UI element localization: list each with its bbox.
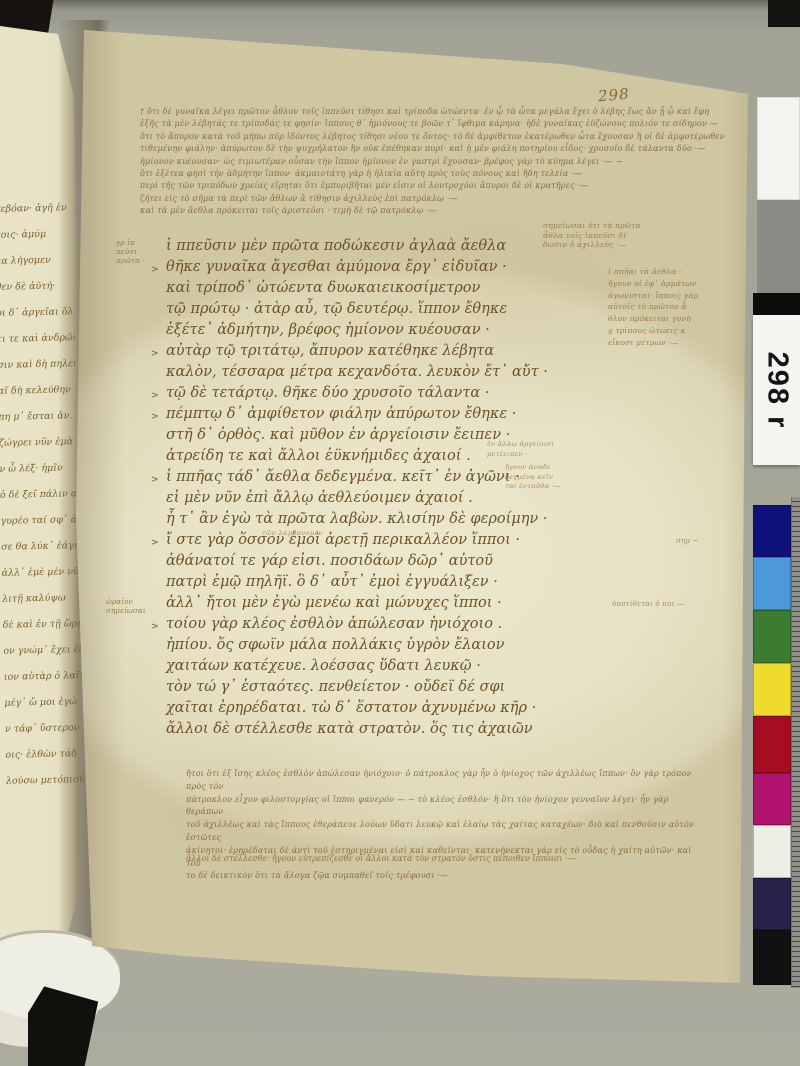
main-text-line: > πέμπτῳ δ᾽ ἀμφίθετον φιάλην ἀπύρωτον ἔθ… [166,404,564,425]
upper-right-margin-note: σημείωσαι ὅτι τὰ πρῶταἆθλα τοῖς ἱππεῦσι … [543,221,748,250]
margin-note-line: ἀγωνισταί· ἵπποις γὰρ [608,290,748,302]
main-text-line: ἄλλοι δὲ στέλλεσθε κατὰ στρατὸν. ὅς τις … [166,719,564,740]
margin-note-line: πρῶτα · [116,257,170,266]
scholia-line: καὶ τὰ μὲν ἄεθλα πρόκειται τοῖς ἀριστεῦσ… [140,205,744,217]
verse-text: τὸν τώ γ᾽ ἑσταότες. πενθείετον · οὔδεϊ δ… [166,679,505,695]
main-text-line: καλὸν, τέσσαρα μέτρα κεχανδότα. λευκὸν ἔ… [166,362,564,383]
margin-note-line: αὐτοῖς τὸ πρῶτον ἆ [608,301,748,313]
main-text-line: ἦ τ᾽ ἂν ἐγὼ τὰ πρῶτα λαβὼν. κλισίην δὲ φ… [166,509,564,530]
scholia-line: † ὅτι δὲ γυναῖκα λέγει πρῶτον ἆθλον τοῖς… [140,106,744,118]
main-text-line: ἀτρείδη τε καὶ ἄλλοι ἐϋκνήμιδες ἀχαιοί . [166,446,564,467]
main-text-line: ἀθάνατοί τε γάρ εἰσι. ποσιδάων δῶρ᾽ αὐτο… [166,551,564,572]
scholia-line: ὅτι τὸ ἄπυρον κατὰ τοῦ μήπω πῦρ ἰδόντος … [140,131,744,143]
margin-note-line: γρ ἱπ [116,239,170,248]
main-text-line: τὸν τώ γ᾽ ἑσταότες. πενθείετον · οὔδεϊ δ… [166,677,564,698]
margin-note-line: ἱ ππῆαι τὰ ἄεθλα · [608,266,748,278]
margin-note-line: ἤγουν οἱ ἐφ᾽ ἁρμάτων [608,278,748,290]
color-patch [753,505,791,557]
verse-text: στῆ δ᾽ ὀρθὸς. καὶ μῦθον ἐν ἀργείοισιν ἔε… [166,427,510,443]
diple-mark: > [151,617,159,638]
main-text-line: ἠπίου. ὅς σφωϊν μάλα πολλάκις ὑγρὸν ἔλαι… [166,635,564,656]
manuscript-photo: σεβόαν· ἀγῆ ἐνμοις· ἀμύμκα λήγομενθεν δὲ… [0,0,800,1066]
diple-mark: > [151,533,159,554]
main-text-line: > τῷ δὲ τετάρτῳ. θῆκε δύο χρυσοῖο τάλαντ… [166,383,564,404]
diple-mark: > [151,344,159,365]
mid-margin-note-d: ὑποτίθεται ὁ ποι — [612,600,720,610]
diple-mark: > [151,407,159,428]
main-text-line: > ἱ ππῆας τάδ᾽ ἄεθλα δεδεγμένα. κεῖτ᾽ ἐν… [166,467,564,488]
folio-label-text: 298 r [760,351,793,429]
verse-text: καὶ τρίποδ᾽ ὠτώεντα δυωκαιεικοσίμετρον [166,280,480,296]
verse-text: ἑξέτε᾽ ἀδμήτην, βρέφος ἡμίονον κυέουσαν … [166,322,490,338]
main-text-line: > θῆκε γυναῖκα ἄγεσθαι ἀμύμονα ἔργ᾽ εἰδυ… [166,257,564,278]
color-calibration-strip [753,505,791,985]
color-patch [753,825,791,878]
black-separator-bar [753,293,800,315]
color-patch [753,930,791,985]
verse-text: ἱ ππεῦσιν μὲν πρῶτα ποδώκεσιν ἀγλαὰ ἄεθλ… [166,238,506,254]
bottom-scholia-final-line: ἄλλοι δὲ στέλλεσθε· ἤγουν εὐτρεπίζεσθε ο… [186,854,656,863]
verse-text: ἀτρείδη τε καὶ ἄλλοι ἐϋκνήμιδες ἀχαιοί . [166,448,471,464]
scholia-line: ἑξῆς τὰ μὲν λέβητάς τε τρίποδάς τε φησίν… [140,118,744,130]
right-margin-note: ἱ ππῆαι τὰ ἄεθλα ·ἤγουν οἱ ἐφ᾽ ἁρμάτωνἀγ… [608,266,748,349]
main-text-line: > τῶν λαμβανομέν ἴ στε γὰρ ὅσσον ἐμοὶ ἀρ… [166,530,564,551]
mid-margin-note-c: σημ ~ [676,537,716,547]
verse-text: ἀθάνατοί τε γάρ εἰσι. ποσιδάων δῶρ᾽ αὐτο… [166,553,493,569]
photo-corner-black-patch [768,0,800,27]
scholia-line: ζήτει εἰς τὸ σῆμα τὰ περὶ τῶν ἄθλων ἃ τί… [140,193,744,205]
color-patch [753,773,791,825]
verse-text: τῷ δὲ τετάρτῳ. θῆκε δύο χρυσοῖο τάλαντα … [166,385,489,401]
scholia-line: το δὲ δεικτικὸν ὅτι τὰ ἄλογα ζῷα συμπαθε… [186,870,702,883]
main-text-line: χαῖται ἐρηρέδαται. τὼ δ᾽ ἕστατον ἀχνυμέν… [166,698,564,719]
margin-note-line: ϗ τρίπους ὠτώεις κ [608,325,748,337]
verse-text: χαῖται ἐρηρέδαται. τὼ δ᾽ ἕστατον ἀχνυμέν… [166,700,536,716]
diple-mark: > [151,386,159,407]
main-text-line: > τοίου γὰρ κλέος ἐσθλὸν ἀπώλεσαν ἡνιόχο… [166,614,564,635]
verse-text: ἴ στε γὰρ ὅσσον ἐμοὶ ἀρετῇ περικαλλέον ἵ… [166,532,520,548]
verse-text: ἀλλ᾽ ἤτοι μὲν ἐγὼ μενέω καὶ μώνυχες ἵππο… [166,595,502,611]
verse-text: ἄλλοι δὲ στέλλεσθε κατὰ στρατὸν. ὅς τις … [166,721,533,737]
main-text-line: ἱ ππεῦσιν μὲν πρῶτα ποδώκεσιν ἀγλαὰ ἄεθλ… [166,236,564,257]
top-scholia: † ὅτι δὲ γυναῖκα λέγει πρῶτον ἆθλον τοῖς… [140,106,744,218]
verse-text: ἦ τ᾽ ἂν ἐγὼ τὰ πρῶτα λαβὼν. κλισίην δὲ φ… [166,511,547,527]
main-text-line: ἀλλ᾽ ἤτοι μὲν ἐγὼ μενέω καὶ μώνυχες ἵππο… [166,593,564,614]
left-margin-note-1: γρ ἱππεῦσιπρῶτα · [116,239,170,265]
main-text-line: > αὐτὰρ τῷ τριτάτῳ, ἄπυρον κατέθηκε λέβη… [166,341,564,362]
color-patch [753,557,791,610]
main-text-line: χαιτάων κατέχευε. λοέσσας ὕδατι λευκῷ · [166,656,564,677]
main-text-line: πατρὶ ἐμῷ πηλῆϊ. ὃ δ᾽ αὖτ᾽ ἐμοὶ ἐγγυάλιξ… [166,572,564,593]
verse-text: αὐτὰρ τῷ τριτάτῳ, ἄπυρον κατέθηκε λέβητα [166,343,494,359]
verse-text: θῆκε γυναῖκα ἄγεσθαι ἀμύμονα ἔργ᾽ εἰδυῖα… [166,259,507,275]
verse-text: τοίου γὰρ κλέος ἐσθλὸν ἀπώλεσαν ἡνιόχοιο… [166,616,502,632]
diple-mark: > [151,470,159,491]
interlinear-gloss: τῶν λαμβανομέν [262,523,323,544]
folio-number-ink: 298 [597,85,630,106]
verse-text: εἰ μὲν νῦν ἐπὶ ἄλλῳ ἀεθλεύοιμεν ἀχαιοί . [166,490,473,506]
main-text-line: στῆ δ᾽ ὀρθὸς. καὶ μῦθον ἐν ἀργείοισιν ἔε… [166,425,564,446]
verse-text: τῷ πρώτῳ · ἀτὰρ αὖ, τῷ δευτέρῳ. ἵππον ἔθ… [166,301,507,317]
ruler-strip [791,497,800,988]
verse-text: καλὸν, τέσσαρα μέτρα κεχανδότα. λευκὸν ἔ… [166,364,548,380]
diple-mark: > [151,260,159,281]
scholia-line: ἡμίονον κυέουσαν· ὡς τιμιωτέραν οὖσαν τὴ… [140,156,744,168]
photo-top-shadow [0,0,800,10]
main-text-block: ἱ ππεῦσιν μὲν πρῶτα ποδώκεσιν ἀγλαὰ ἄεθλ… [166,236,564,740]
main-text-line: τῷ πρώτῳ · ἀτὰρ αὖ, τῷ δευτέρῳ. ἵππον ἔθ… [166,299,564,320]
main-text-line: ἑξέτε᾽ ἀδμήτην, βρέφος ἡμίονον κυέουσαν … [166,320,564,341]
margin-note-line: ἆθλα τοῖς ἱππεῦσι δί [543,231,748,241]
scholia-line: τιθεμένην φιάλην· ἀπύρωτον δὲ τὴν ψυχρήλ… [140,143,744,155]
margin-note-line: πεῦσι [116,248,170,257]
color-patch [753,610,791,663]
margin-note-line: εἴκοσι μέτρων ·— [608,337,748,349]
margin-note-line: σημείωσαι ὅτι τὰ πρῶτα [543,221,748,231]
scholia-line: περὶ τῆς τῶν τριπόδων χρείας εἴρηται ὅτι… [140,180,744,192]
color-patch [753,663,791,716]
main-text-line: εἰ μὲν νῦν ἐπὶ ἄλλῳ ἀεθλεύοιμεν ἀχαιοί . [166,488,564,509]
left-margin-note-2: ὡραῖονσημείωσαι [106,598,166,616]
margin-note-line: ὡραῖον [106,598,166,607]
bottom-scholia: ἤτοι ὅτι ἐξ ἴσης κλέος ἐσθλὸν ἀπώλεσαν ἡ… [186,768,702,883]
margin-note-line: θλον πρόκειται γυνὴ [608,313,748,325]
verse-text: ἠπίου. ὅς σφωϊν μάλα πολλάκις ὑγρὸν ἔλαι… [166,637,504,653]
color-patch [753,716,791,773]
main-text-line: καὶ τρίποδ᾽ ὠτώεντα δυωκαιεικοσίμετρον [166,278,564,299]
verse-text: πέμπτῳ δ᾽ ἀμφίθετον φιάλην ἀπύρωτον ἔθηκ… [166,406,516,422]
scholia-line: πάτροκλον εἶχον φιλοστοργίας οἱ ἵπποι φα… [186,794,702,820]
scholia-line: ἤτοι ὅτι ἐξ ἴσης κλέος ἐσθλὸν ἀπώλεσαν ἡ… [186,768,702,794]
verse-text: χαιτάων κατέχευε. λοέσσας ὕδατι λευκῷ · [166,658,481,674]
scholia-line: τοῦ ἀχιλλέως καὶ τὰς ἵππους ἐθεράπευε λο… [186,819,702,845]
margin-note-line: σημείωσαι [106,607,166,616]
verse-text: ἱ ππῆας τάδ᾽ ἄεθλα δεδεγμένα. κεῖτ᾽ ἐν ἀ… [166,469,520,485]
scholia-line: ὅτι ἑξέτεα φησὶ τὴν ἀδμήτην ἵππον· ἀκμαι… [140,168,744,180]
verse-text: πατρὶ ἐμῷ πηλῆϊ. ὃ δ᾽ αὖτ᾽ ἐμοὶ ἐγγυάλιξ… [166,574,498,590]
grayscale-gray-patch [757,200,800,293]
color-patch [753,878,791,930]
folio-label-card: 298 r [753,315,800,465]
margin-note-line: δωσιν ὁ ἀχιλλεύς ·— [543,240,748,250]
grayscale-white-patch [757,97,800,200]
